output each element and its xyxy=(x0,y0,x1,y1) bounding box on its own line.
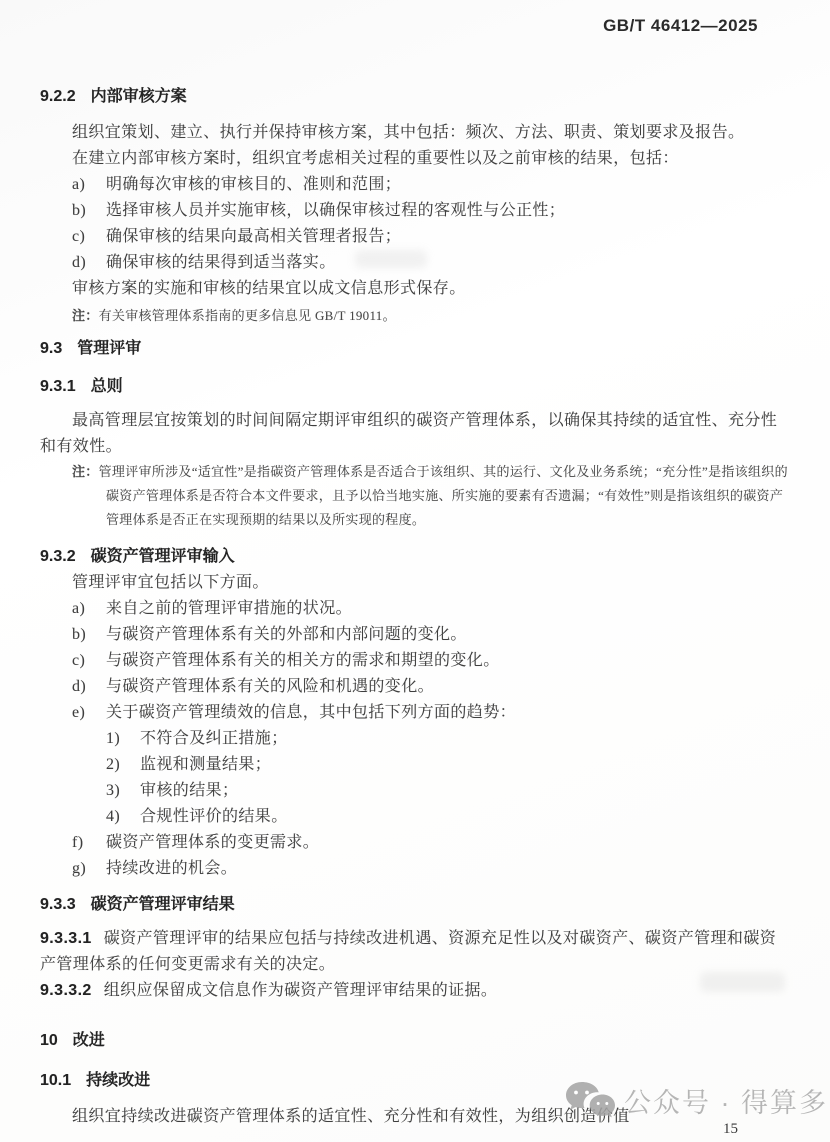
watermark-text: 公众号 · 得算多 xyxy=(624,1081,828,1120)
list-label: 3) xyxy=(106,778,140,804)
clause-paragraph: 9.3.3.1碳资产管理评审的结果应包括与持续改进机遇、资源充足性以及对碳资产、… xyxy=(40,926,790,978)
paragraph: 审核方案的实施和审核的结果宜以成文信息形式保存。 xyxy=(40,276,790,302)
list-text: 与碳资产管理体系有关的相关方的需求和期望的变化。 xyxy=(106,648,500,674)
clause-paragraph: 9.3.3.2组织应保留成文信息作为碳资产管理评审结果的证据。 xyxy=(40,978,790,1004)
heading-title: 内部审核方案 xyxy=(91,86,187,108)
clause-number: 9.3.3.2 xyxy=(40,982,92,999)
paragraph: 最高管理层宜按策划的时间间隔定期评审组织的碳资产管理体系，以确保其持续的适宜性、… xyxy=(40,408,790,460)
heading-number: 10.1 xyxy=(40,1070,71,1092)
list-label: b) xyxy=(72,622,106,648)
list-item: f) 碳资产管理体系的变更需求。 xyxy=(40,830,790,856)
wechat-icon xyxy=(564,1080,616,1120)
sublist-item: 1) 不符合及纠正措施； xyxy=(40,726,790,752)
paragraph: 组织宜策划、建立、执行并保持审核方案，其中包括：频次、方法、职责、策划要求及报告… xyxy=(40,120,790,146)
document-page: GB/T 46412—2025 9.2.2 内部审核方案 组织宜策划、建立、执行… xyxy=(0,0,830,1142)
heading-9-3-3: 9.3.3 碳资产管理评审结果 xyxy=(40,894,790,916)
list-item: c) 与碳资产管理体系有关的相关方的需求和期望的变化。 xyxy=(40,648,790,674)
list-item: d) 与碳资产管理体系有关的风险和机遇的变化。 xyxy=(40,674,790,700)
list-label: 4) xyxy=(106,804,140,830)
list-item: e) 关于碳资产管理绩效的信息，其中包括下列方面的趋势： xyxy=(40,700,790,726)
heading-10: 10 改进 xyxy=(40,1030,790,1052)
list-text: 确保审核的结果得到适当落实。 xyxy=(106,250,336,276)
list-item: a) 明确每次审核的审核目的、准则和范围； xyxy=(40,172,790,198)
note-label: 注： xyxy=(72,308,99,323)
list-text: 合规性评价的结果。 xyxy=(140,804,288,830)
list-text: 与碳资产管理体系有关的外部和内部问题的变化。 xyxy=(106,622,467,648)
heading-title: 碳资产管理评审输入 xyxy=(91,546,235,568)
heading-number: 9.3.1 xyxy=(40,376,76,398)
note-label: 注： xyxy=(72,464,99,479)
list-label: c) xyxy=(72,648,106,674)
list-text: 监视和测量结果； xyxy=(140,752,271,778)
standard-code: GB/T 46412—2025 xyxy=(603,16,758,35)
list-text: 持续改进的机会。 xyxy=(106,856,237,882)
list-label: d) xyxy=(72,674,106,700)
list-item: b) 选择审核人员并实施审核，以确保审核过程的客观性与公正性； xyxy=(40,198,790,224)
document-content: 9.2.2 内部审核方案 组织宜策划、建立、执行并保持审核方案，其中包括：频次、… xyxy=(40,86,790,1130)
paragraph: 在建立内部审核方案时，组织宜考虑相关过程的重要性以及之前审核的结果，包括： xyxy=(40,146,790,172)
heading-number: 9.2.2 xyxy=(40,86,76,108)
note: 注：管理评审所涉及“适宜性”是指碳资产管理体系是否适合于该组织、其的运行、文化及… xyxy=(40,460,790,532)
list-label: e) xyxy=(72,700,106,726)
heading-9-3: 9.3 管理评审 xyxy=(40,338,790,360)
note-text: 有关审核管理体系指南的更多信息见 GB/T 19011。 xyxy=(99,308,396,323)
heading-number: 10 xyxy=(40,1030,58,1052)
watermark: 公众号 · 得算多 xyxy=(564,1080,828,1120)
list-text: 与碳资产管理体系有关的风险和机遇的变化。 xyxy=(106,674,434,700)
heading-9-2-2: 9.2.2 内部审核方案 xyxy=(40,86,790,108)
list-label: a) xyxy=(72,596,106,622)
clause-text: 碳资产管理评审的结果应包括与持续改进机遇、资源充足性以及对碳资产、碳资产管理和碳… xyxy=(40,930,776,973)
list-text: 不符合及纠正措施； xyxy=(140,726,288,752)
heading-title: 管理评审 xyxy=(77,338,141,360)
list-item: c) 确保审核的结果向最高相关管理者报告； xyxy=(40,224,790,250)
list-label: a) xyxy=(72,172,106,198)
clause-text: 组织应保留成文信息作为碳资产管理评审结果的证据。 xyxy=(104,982,498,999)
list-item: a) 来自之前的管理评审措施的状况。 xyxy=(40,596,790,622)
heading-9-3-2: 9.3.2 碳资产管理评审输入 xyxy=(40,546,790,568)
sublist-item: 2) 监视和测量结果； xyxy=(40,752,790,778)
heading-number: 9.3.3 xyxy=(40,894,76,916)
list-label: 2) xyxy=(106,752,140,778)
list-text: 碳资产管理体系的变更需求。 xyxy=(106,830,319,856)
paragraph: 管理评审宜包括以下方面。 xyxy=(40,570,790,596)
list-item: g) 持续改进的机会。 xyxy=(40,856,790,882)
list-item: b) 与碳资产管理体系有关的外部和内部问题的变化。 xyxy=(40,622,790,648)
heading-9-3-1: 9.3.1 总则 xyxy=(40,376,790,398)
list-text: 关于碳资产管理绩效的信息，其中包括下列方面的趋势： xyxy=(106,700,516,726)
heading-title: 总则 xyxy=(91,376,123,398)
heading-title: 持续改进 xyxy=(86,1070,150,1092)
list-label: d) xyxy=(72,250,106,276)
note: 注：有关审核管理体系指南的更多信息见 GB/T 19011。 xyxy=(40,304,790,328)
list-text: 选择审核人员并实施审核，以确保审核过程的客观性与公正性； xyxy=(106,198,565,224)
page-header: GB/T 46412—2025 xyxy=(0,0,830,40)
list-label: b) xyxy=(72,198,106,224)
list-label: g) xyxy=(72,856,106,882)
list-label: 1) xyxy=(106,726,140,752)
list-text: 审核的结果； xyxy=(140,778,238,804)
sublist-item: 4) 合规性评价的结果。 xyxy=(40,804,790,830)
clause-number: 9.3.3.1 xyxy=(40,930,92,947)
heading-number: 9.3.2 xyxy=(40,546,76,568)
list-label: f) xyxy=(72,830,106,856)
note-text: 管理评审所涉及“适宜性”是指碳资产管理体系是否适合于该组织、其的运行、文化及业务… xyxy=(99,464,788,527)
heading-title: 改进 xyxy=(73,1030,105,1052)
list-item: d) 确保审核的结果得到适当落实。 xyxy=(40,250,790,276)
heading-number: 9.3 xyxy=(40,338,62,360)
page-number: 15 xyxy=(723,1121,738,1138)
list-label: c) xyxy=(72,224,106,250)
heading-title: 碳资产管理评审结果 xyxy=(91,894,235,916)
list-text: 来自之前的管理评审措施的状况。 xyxy=(106,596,352,622)
list-text: 确保审核的结果向最高相关管理者报告； xyxy=(106,224,401,250)
list-text: 明确每次审核的审核目的、准则和范围； xyxy=(106,172,401,198)
sublist-item: 3) 审核的结果； xyxy=(40,778,790,804)
